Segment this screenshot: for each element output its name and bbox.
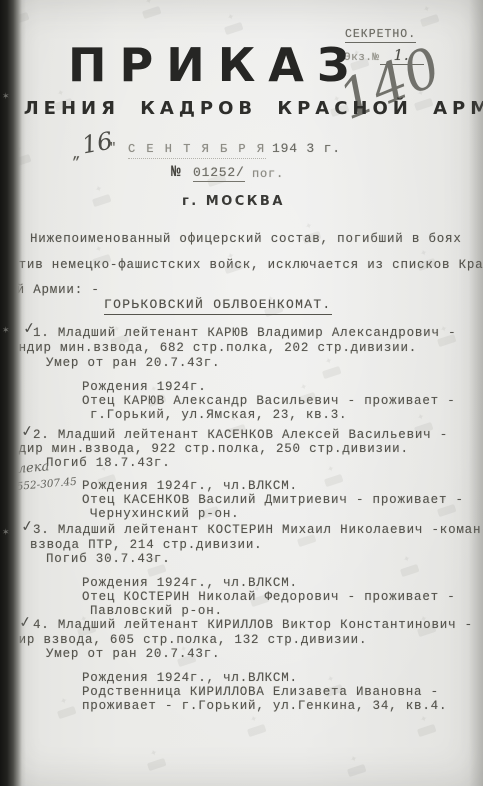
entry-1-detail-3: г.Горький, ул.Ямская, 23, кв.3. xyxy=(90,408,347,422)
binding-star-icon: ✶ xyxy=(2,528,10,538)
entry-3-line-1: 3. Младший лейтенант КОСТЕРИН Михаил Ник… xyxy=(33,523,483,537)
entry-2-line-3: Погиб 18.7.43г. xyxy=(46,456,171,470)
entry-4-detail-1: Рождения 1924г., чл.ВЛКСМ. xyxy=(82,671,298,685)
entry-3-detail-3: Павловский р-он. xyxy=(90,604,223,618)
binding-star-icon: ✶ xyxy=(2,326,10,336)
date-open-quote: „ xyxy=(72,147,81,163)
entry-4-name-line: Младший лейтенант КИРИЛЛОВ Виктор Конста… xyxy=(58,618,473,632)
checkmark-entry-4: ✓ xyxy=(18,612,33,632)
entry-4-line-1: 4. Младший лейтенант КИРИЛЛОВ Виктор Кон… xyxy=(33,618,473,632)
archive-stamp-watermark-icon: ✦ xyxy=(343,754,374,781)
entry-2-line-2: андир мин.взвода, 922 стр.полка, 250 стр… xyxy=(2,442,409,456)
archive-stamp-watermark-icon: ✦ xyxy=(243,714,274,741)
entry-3-name-line: Младший лейтенант КОСТЕРИН Михаил Никола… xyxy=(58,523,483,537)
entry-1-line-3: Умер от ран 20.7.43г. xyxy=(46,356,220,370)
entry-2-number: 2. xyxy=(33,428,50,442)
entry-2-line-1: 2. Младший лейтенант КАСЕНКОВ Алексей Ва… xyxy=(33,428,448,442)
order-number: 01252/ xyxy=(193,165,245,182)
entry-1-line-1: 1. Младший лейтенант КАРЮВ Владимир Алек… xyxy=(33,326,456,340)
entry-4-line-3: Умер от ран 20.7.43г. xyxy=(46,647,220,661)
entry-1-detail-2: Отец КАРЮВ Александр Васильевич - прожив… xyxy=(82,394,456,408)
margin-number-annotation: №1552-307.45 xyxy=(0,476,77,495)
section-heading: ГОРЬКОВСКИЙ ОБЛВОЕНКОМАТ. xyxy=(104,297,332,315)
date-month: С Е Н Т Я Б Р Я xyxy=(128,142,266,159)
document-title: ПРИКАЗ xyxy=(68,38,363,92)
entry-1-line-2: мандир мин.взвода, 682 стр.полка, 202 ст… xyxy=(2,341,417,355)
preamble-line-2: ротив немецко-фашистских войск, исключае… xyxy=(2,258,483,272)
entry-2-detail-2: Отец КАСЕНКОВ Василий Дмитриевич - прожи… xyxy=(82,493,464,507)
order-number-suffix: пог. xyxy=(252,167,284,181)
archive-stamp-watermark-icon: ✦ xyxy=(396,554,427,581)
number-sign: № xyxy=(171,163,181,181)
archive-stamp-watermark-icon: ✦ xyxy=(138,0,169,24)
archive-stamp-watermark-icon: ✦ xyxy=(53,696,84,723)
archive-stamp-watermark-icon: ✦ xyxy=(8,144,39,171)
preamble-line-3: ной Армии: - xyxy=(0,283,100,297)
entry-4-detail-2: Родственница КИРИЛЛОВА Елизавета Ивановн… xyxy=(82,685,439,699)
archive-stamp-watermark-icon: ✦ xyxy=(320,464,351,491)
entry-2-detail-1: Рождения 1924г., чл.ВЛКСМ. xyxy=(82,479,298,493)
preamble-line-1: Нижепоименованный офицерский состав, пог… xyxy=(30,232,462,246)
archive-stamp-watermark-icon: ✦ xyxy=(88,184,119,211)
entry-2-detail-3: Чернухинский р-он. xyxy=(90,507,239,521)
margin-name-annotation: Алека xyxy=(7,459,49,478)
entry-4-number: 4. xyxy=(33,618,50,632)
archive-stamp-watermark-icon: ✦ xyxy=(143,748,174,775)
entry-3-detail-2: Отец КОСТЕРИН Николай Федорович - прожив… xyxy=(82,590,456,604)
entry-4-detail-3: проживает - г.Горький, ул.Генкина, 34, к… xyxy=(82,699,447,713)
archive-stamp-watermark-icon: ✦ xyxy=(318,356,349,383)
entry-3-number: 3. xyxy=(33,523,50,537)
archive-stamp-watermark-icon: ✦ xyxy=(416,4,447,31)
date-year: 194 3 г. xyxy=(272,141,341,156)
entry-1-number: 1. xyxy=(33,326,50,340)
city-line: г. МОСКВА xyxy=(182,194,285,209)
entry-3-line-3: Погиб 30.7.43г. xyxy=(46,552,171,566)
archive-stamp-watermark-icon: ✦ xyxy=(413,714,444,741)
date-close-quote: " xyxy=(109,141,117,155)
entry-1-name-line: Младший лейтенант КАРЮВ Владимир Алексан… xyxy=(58,326,456,340)
entry-3-line-2: взвода ПТР, 214 стр.дивизии. xyxy=(30,538,262,552)
archive-stamp-watermark-icon: ✦ xyxy=(6,2,37,29)
document-title-line2: ВЛЕНИЯ КАДРОВ КРАСНОЙ АРМИИ xyxy=(5,98,483,119)
entry-2-name-line: Младший лейтенант КАСЕНКОВ Алексей Васил… xyxy=(58,428,448,442)
entry-4-line-2: ндир взвода, 605 стр.полка, 132 стр.диви… xyxy=(2,633,367,647)
entry-3-detail-1: Рождения 1924г., чл.ВЛКСМ. xyxy=(82,576,298,590)
entry-1-detail-1: Рождения 1924г. xyxy=(82,380,207,394)
archive-stamp-watermark-icon: ✦ xyxy=(220,12,251,39)
scanned-order-document: ✦✦✦✦✦✦✦✦✦✦✦✦✦✦✦✦✦✦✦✦✦✦✦✦✦✦✦✦✦✦✦✦✦✦✦✦✦✦✦✦… xyxy=(0,0,483,786)
